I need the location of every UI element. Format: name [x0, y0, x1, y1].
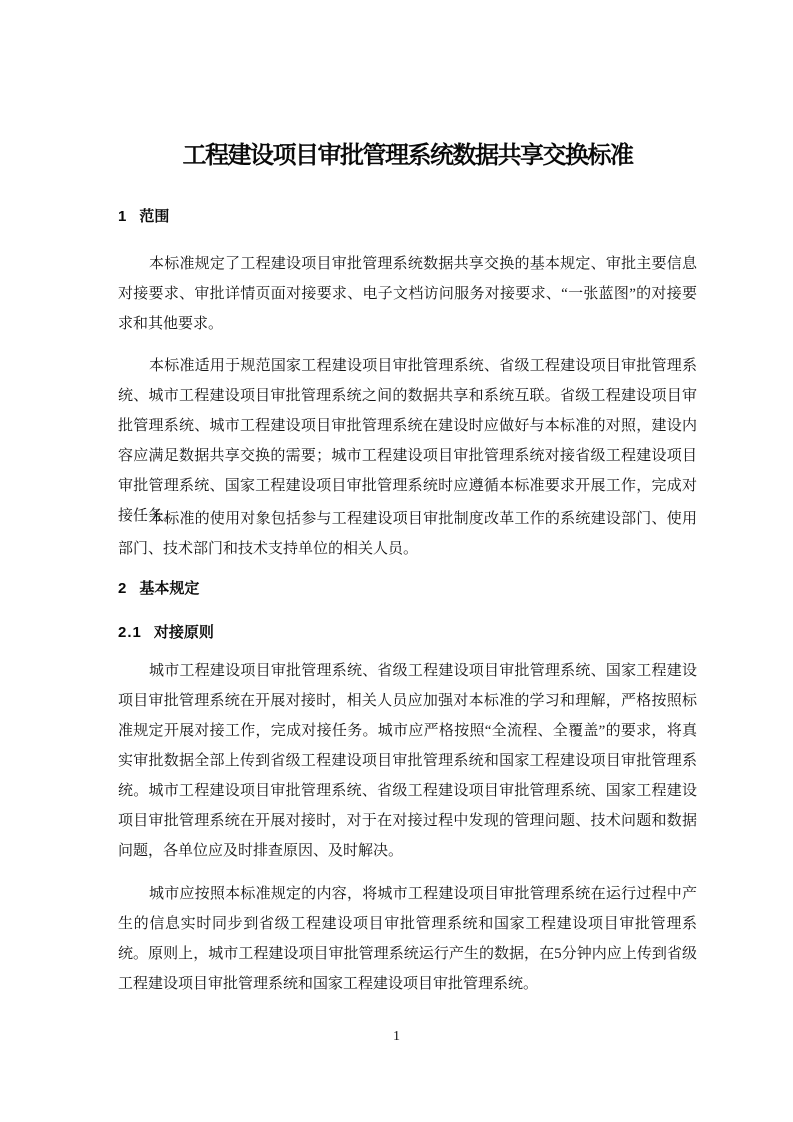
section-number: 2 — [118, 579, 127, 599]
subsection-number: 2.1 — [118, 623, 142, 643]
subsection-heading-docking-principles: 2.1对接原则 — [118, 623, 214, 643]
paragraph-scope-1: 本标准规定了工程建设项目审批管理系统数据共享交换的基本规定、审批主要信息对接要求… — [118, 249, 697, 339]
section-number: 1 — [118, 207, 127, 227]
paragraph-scope-3: 本标准的使用对象包括参与工程建设项目审批制度改革工作的系统建设部门、使用部门、技… — [118, 504, 697, 564]
section-heading-label: 基本规定 — [139, 580, 199, 597]
paragraph-principles-2: 城市应按照本标准规定的内容，将城市工程建设项目审批管理系统在运行过程中产生的信息… — [118, 879, 697, 999]
section-heading-label: 范围 — [139, 208, 169, 225]
document-title: 工程建设项目审批管理系统数据共享交换标准 — [118, 140, 697, 172]
section-heading-scope: 1范围 — [118, 207, 169, 227]
page-number: 1 — [0, 1028, 793, 1046]
section-heading-basic-rules: 2基本规定 — [118, 579, 199, 599]
subsection-heading-label: 对接原则 — [154, 624, 214, 641]
document-page: 工程建设项目审批管理系统数据共享交换标准 1范围 本标准规定了工程建设项目审批管… — [0, 0, 793, 1122]
paragraph-principles-1: 城市工程建设项目审批管理系统、省级工程建设项目审批管理系统、国家工程建设项目审批… — [118, 656, 697, 866]
